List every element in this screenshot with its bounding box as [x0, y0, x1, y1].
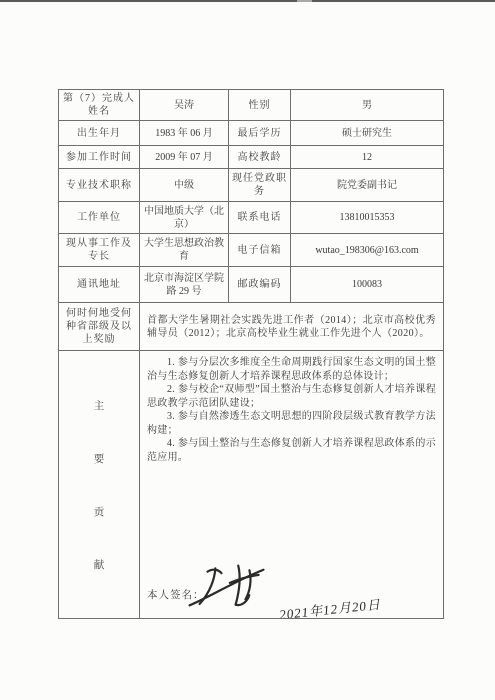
completer-info-table: 第（7）完成人姓名 吴涛 性别 男 出生年月 1983 年 06 月 最后学历 …	[58, 89, 444, 619]
handwritten-signature	[185, 561, 269, 614]
field-value-teaching-years: 12	[291, 146, 444, 169]
field-label-email: 电子信箱	[229, 234, 291, 267]
scanned-form-page: 第（7）完成人姓名 吴涛 性别 男 出生年月 1983 年 06 月 最后学历 …	[0, 0, 495, 700]
field-value-gender: 男	[291, 90, 444, 121]
field-value-current-work: 大学生思想政治教育	[140, 234, 229, 267]
table-row: 第（7）完成人姓名 吴涛 性别 男	[59, 90, 444, 121]
contribution-item: 1. 参与分层次多维度全生命周期践行国家生态文明的国土整治与生态修复创新人才培养…	[147, 356, 436, 383]
field-label-teaching-years: 高校教龄	[229, 146, 291, 169]
signature-area: 本人签名： 2021年12月20日	[140, 558, 443, 618]
field-label-current-work: 现从事工作及专长	[59, 234, 140, 267]
field-value-party-position: 院党委副书记	[291, 169, 444, 202]
vertical-label-char: 贡	[94, 506, 105, 519]
field-value-work-start: 2009 年 07 月	[140, 146, 229, 169]
field-label-party-position: 现任党政职务	[229, 169, 291, 202]
vertical-label-stack: 主 要 贡 献	[62, 352, 136, 572]
field-label-final-degree: 最后学历	[229, 121, 291, 146]
field-value-awards: 首都大学生暑期社会实践先进工作者（2014）；北京市高校优秀辅导员（2012）；…	[140, 303, 444, 351]
field-value-email: wutao_198306@163.com	[291, 234, 444, 267]
table-row: 出生年月 1983 年 06 月 最后学历 硕士研究生	[59, 121, 444, 146]
table-row: 工作单位 中国地质大学（北京） 联系电话 13810015353	[59, 202, 444, 234]
field-label-birth-date: 出生年月	[59, 121, 140, 146]
contribution-item-list: 1. 参与分层次多维度全生命周期践行国家生态文明的国土整治与生态修复创新人才培养…	[140, 351, 443, 464]
vertical-label-char: 要	[94, 453, 105, 466]
table-row: 参加工作时间 2009 年 07 月 高校教龄 12	[59, 146, 444, 169]
contribution-item: 3. 参与自然渗透生态文明思想的四阶段层级式教育教学方法构建；	[147, 410, 436, 437]
table-row: 何时何地受何种省部级及以上奖励 首都大学生暑期社会实践先进工作者（2014）；北…	[59, 303, 444, 351]
table-row: 专业技术职称 中级 现任党政职务 院党委副书记	[59, 169, 444, 202]
field-label-postal-code: 邮政编码	[229, 267, 291, 303]
field-label-mailing-address: 通讯地址	[59, 267, 140, 303]
field-value-phone: 13810015353	[291, 202, 444, 234]
table-row: 通讯地址 北京市海淀区学院路 29 号 邮政编码 100083	[59, 267, 444, 303]
field-label-completer-name: 第（7）完成人姓名	[59, 90, 140, 121]
contribution-item: 4. 参与国土整治与生态修复创新人才培养课程思政体系的示范应用。	[147, 437, 436, 464]
field-label-professional-title: 专业技术职称	[59, 169, 140, 202]
field-value-professional-title: 中级	[140, 169, 229, 202]
field-label-phone: 联系电话	[229, 202, 291, 234]
field-value-final-degree: 硕士研究生	[291, 121, 444, 146]
vertical-label-char: 献	[94, 559, 105, 572]
field-value-postal-code: 100083	[291, 267, 444, 303]
handwritten-date: 2021年12月20日	[279, 598, 382, 619]
field-value-mailing-address: 北京市海淀区学院路 29 号	[140, 267, 229, 303]
field-label-awards: 何时何地受何种省部级及以上奖励	[59, 303, 140, 351]
field-value-main-contribution: 1. 参与分层次多维度全生命周期践行国家生态文明的国土整治与生态修复创新人才培养…	[140, 351, 444, 619]
field-label-employer: 工作单位	[59, 202, 140, 234]
field-label-work-start: 参加工作时间	[59, 146, 140, 169]
contribution-item: 2. 参与校企“双师型”国土整治与生态修复创新人才培养课程思政教学示范团队建设；	[147, 383, 436, 410]
vertical-label-char: 主	[94, 400, 105, 413]
table-row: 现从事工作及专长 大学生思想政治教育 电子信箱 wutao_198306@163…	[59, 234, 444, 267]
table-row: 主 要 贡 献 1. 参与分层次多维度全生命周期践行国家生态文明的国土整治与生态…	[59, 351, 444, 619]
field-value-birth-date: 1983 年 06 月	[140, 121, 229, 146]
field-value-completer-name: 吴涛	[140, 90, 229, 121]
field-value-employer: 中国地质大学（北京）	[140, 202, 229, 234]
field-label-main-contribution: 主 要 贡 献	[59, 351, 140, 619]
scan-artifact-line	[0, 0, 495, 2]
field-label-gender: 性别	[229, 90, 291, 121]
